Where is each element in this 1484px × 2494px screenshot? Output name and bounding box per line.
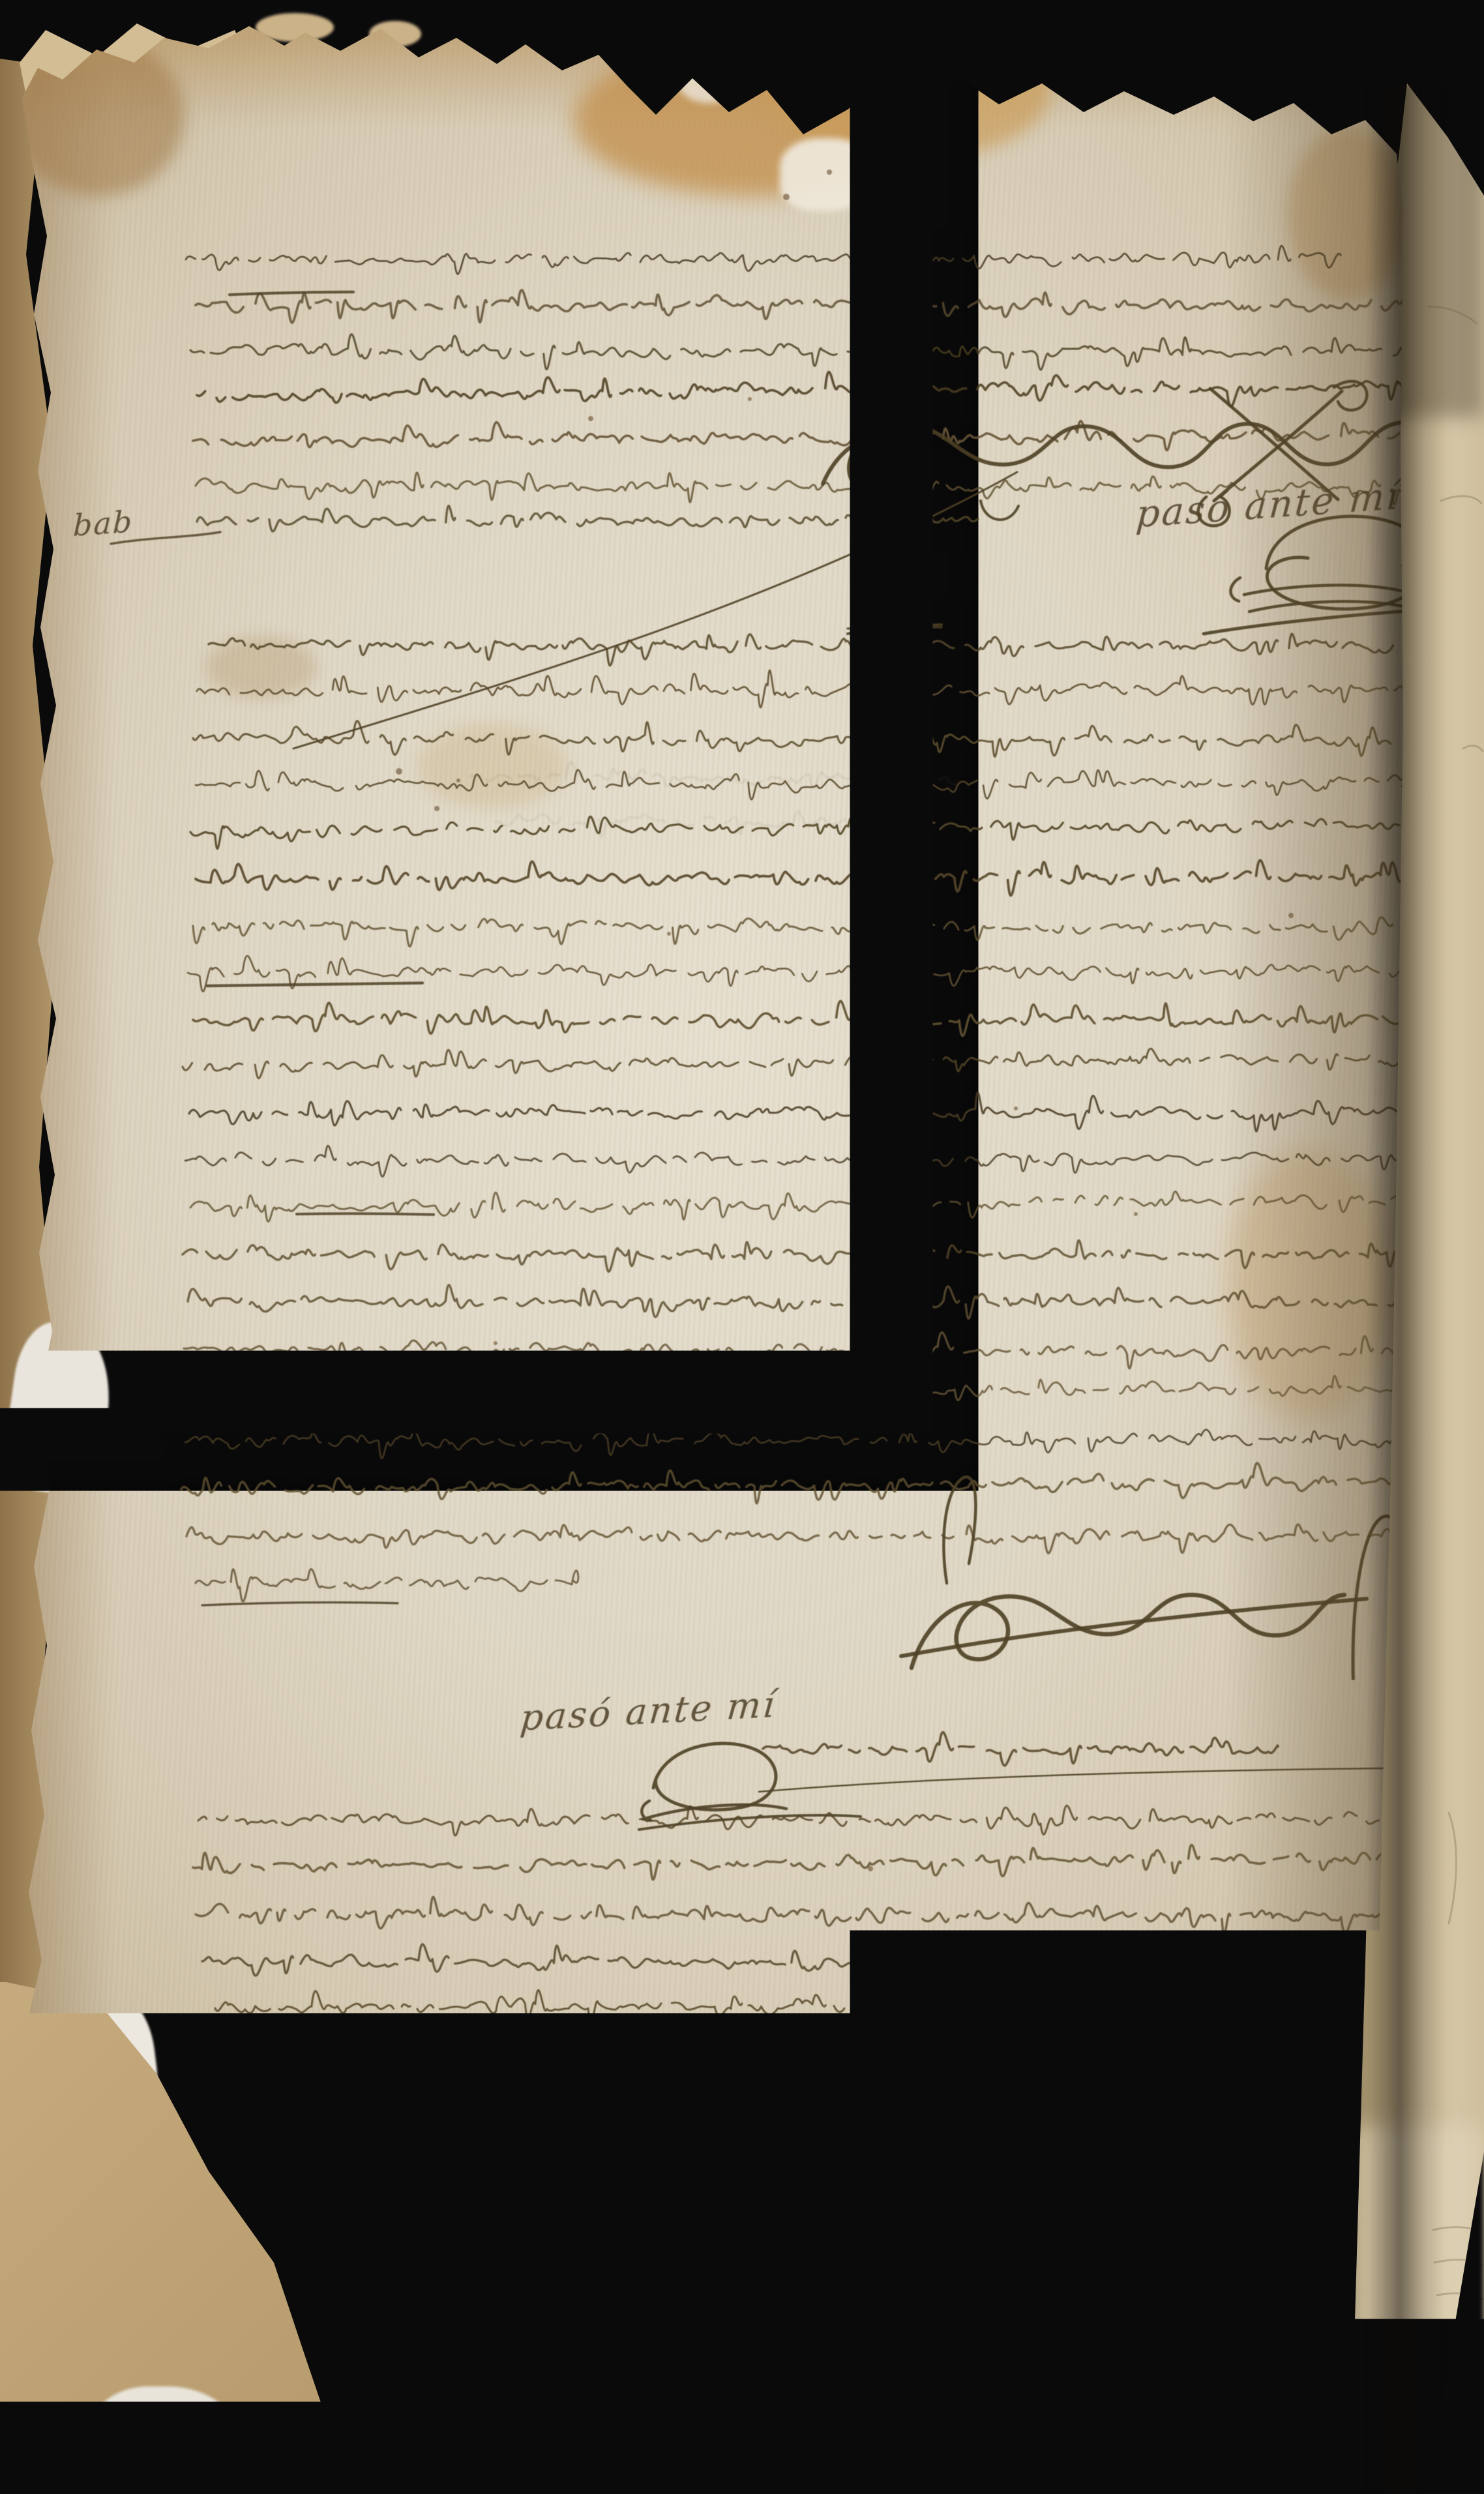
photo-backdrop: pasó ante mí pasó ante mí bab xyxy=(0,0,1484,2494)
marginal-note: bab xyxy=(72,504,134,544)
manuscript-page: pasó ante mí pasó ante mí bab xyxy=(0,0,1484,2494)
gutter-crease-shadow xyxy=(1367,85,1445,2494)
signature-block-1-ink xyxy=(293,381,1484,749)
paragraph-3-ink xyxy=(193,1805,1402,2450)
handwriting-ink xyxy=(0,0,1484,2494)
cut-off-bottom-ink xyxy=(314,2463,574,2486)
signature-block-2-ink xyxy=(639,1477,1477,1830)
paragraph-2-ink xyxy=(180,634,1414,1601)
